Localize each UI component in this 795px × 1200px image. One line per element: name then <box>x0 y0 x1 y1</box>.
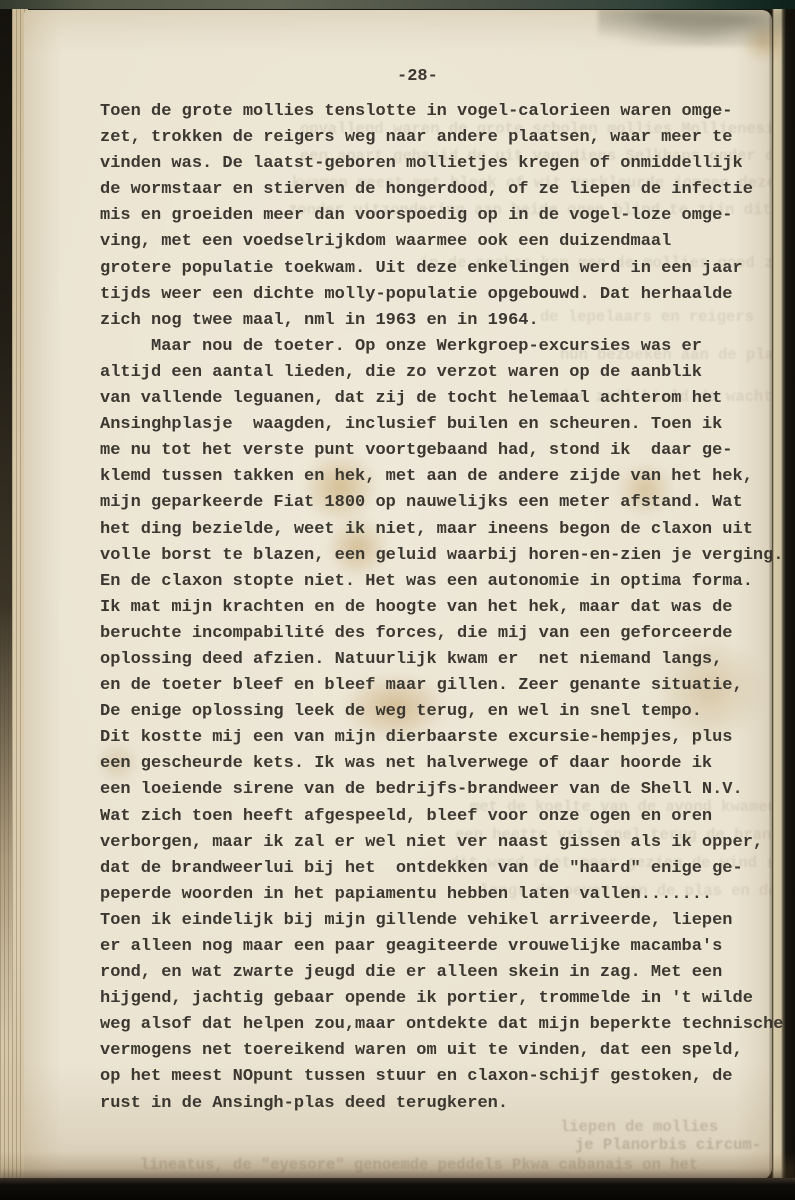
typed-text: Toen de grote mollies tenslotte in vogel… <box>100 99 795 1117</box>
text-line: en de toeter bleef en bleef maar gillen.… <box>100 673 795 699</box>
text-line: een gescheurde kets. Ik was net halverwe… <box>100 751 795 777</box>
text-line: Wat zich toen heeft afgespeeld, bleef vo… <box>100 804 795 830</box>
bleed-line: liepen de mollies <box>560 1120 718 1136</box>
text-line: me nu tot het verste punt voortgebaand h… <box>100 438 795 464</box>
text-line: dat de brandweerlui bij het ontdekken va… <box>100 856 795 882</box>
scanner-top-edge <box>0 0 795 9</box>
text-line: de wormstaar en stierven de hongerdood, … <box>100 177 795 203</box>
text-line: het ding bezielde, weet ik niet, maar in… <box>100 517 795 543</box>
text-line: En de claxon stopte niet. Het was een au… <box>100 569 795 595</box>
text-line: Toen de grote mollies tenslotte in vogel… <box>100 99 795 125</box>
text-line: ving, met een voedselrijkdom waarmee ook… <box>100 229 795 255</box>
text-line: rust in de Ansingh-plas deed terugkeren. <box>100 1091 795 1117</box>
text-line: rond, en wat zwarte jeugd die er alleen … <box>100 960 795 986</box>
text-line: weg alsof dat helpen zou,maar ontdekte d… <box>100 1012 795 1038</box>
text-line: beruchte incompabilité des forces, die m… <box>100 621 795 647</box>
text-line: Maar nou de toeter. Op onze Werkgroep-ex… <box>100 334 795 360</box>
text-line: verborgen, maar ik zal er wel niet ver n… <box>100 830 795 856</box>
text-line: een loeiende sirene van de bedrijfs-bran… <box>100 777 795 803</box>
scanned-book-photo: opvallend waren de grote scholen mollies… <box>0 0 795 1200</box>
text-line: vinden was. De laatst-geboren mollietjes… <box>100 151 795 177</box>
paper-stain <box>742 22 787 62</box>
text-line: grotere populatie toekwam. Uit deze enke… <box>100 256 795 282</box>
text-line: volle borst te blazen, een geluid waarbi… <box>100 543 795 569</box>
text-line: Dit kostte mij een van mijn dierbaarste … <box>100 725 795 751</box>
text-line: Ansinghplasje waagden, inclusief builen … <box>100 412 795 438</box>
text-line: er alleen nog maar een paar geagiteerde … <box>100 934 795 960</box>
text-line: peperde woorden in het papiamentu hebben… <box>100 882 795 908</box>
text-line: op het meest NOpunt tussen stuur en clax… <box>100 1064 795 1090</box>
page-number: -28- <box>397 64 438 90</box>
text-line: altijd een aantal lieden, die zo verzot … <box>100 360 795 386</box>
text-line: oplossing deed afzien. Natuurlijk kwam e… <box>100 647 795 673</box>
text-line: mijn geparkeerde Fiat 1800 op nauwelijks… <box>100 490 795 516</box>
text-line: mis en groeiden meer dan voorspoedig op … <box>100 203 795 229</box>
text-line: De enige oplossing leek de weg terug, en… <box>100 699 795 725</box>
text-line: zet, trokken de reigers weg naar andere … <box>100 125 795 151</box>
text-line: van vallende leguanen, dat zij de tocht … <box>100 386 795 412</box>
text-line: zich nog twee maal, nml in 1963 en in 19… <box>100 308 795 334</box>
text-line: Ik mat mijn krachten en de hoogte van he… <box>100 595 795 621</box>
text-line: tijds weer een dichte molly-populatie op… <box>100 282 795 308</box>
text-line: Toen ik eindelijk bij mijn gillende vehi… <box>100 908 795 934</box>
text-line: hijgend, jachtig gebaar opende ik portie… <box>100 986 795 1012</box>
scanner-bottom-edge <box>0 1178 795 1200</box>
text-line: klemd tussen takken en hek, met aan de a… <box>100 464 795 490</box>
text-line: vermogens net toereikend waren om uit te… <box>100 1038 795 1064</box>
